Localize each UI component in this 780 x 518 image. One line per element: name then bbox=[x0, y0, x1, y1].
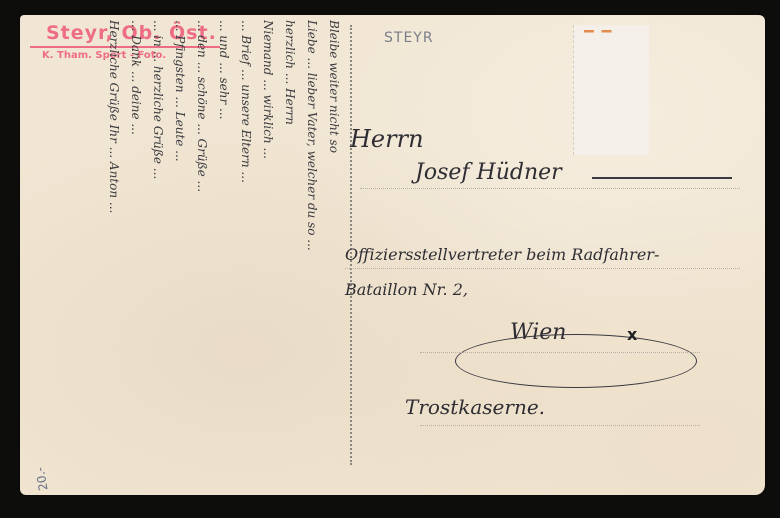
city-flourish bbox=[455, 334, 697, 388]
address-line1: Offiziersstellvertreter beim Radfahrer- bbox=[345, 245, 659, 264]
message-line: ... in ... herzliche Grüße ... bbox=[147, 20, 169, 480]
handwritten-message: Bleibe weiter nicht so Liebe ... lieber … bbox=[25, 20, 345, 480]
message-line: ... und ... sehr ... bbox=[213, 20, 235, 480]
message-line: ... den ... schöne ... Grüße ... bbox=[191, 20, 213, 480]
message-line: ... Pfingsten ... Leute ... bbox=[169, 20, 191, 480]
message-line: Liebe ... lieber Vater, welcher du so ..… bbox=[301, 20, 323, 480]
pencil-note: STEYR bbox=[384, 30, 434, 46]
address-guide-line bbox=[420, 425, 700, 426]
city-mark: x bbox=[627, 325, 637, 344]
message-line: herzlich ... Herrn bbox=[279, 20, 301, 480]
message-line: Herzliche Grüße Ihr ... Anton ... bbox=[103, 20, 125, 480]
message-line: Niemand ... wirklich ... bbox=[257, 20, 279, 480]
address-name: Josef Hüdner bbox=[415, 160, 562, 185]
address-guide-line bbox=[360, 188, 740, 189]
address-street: Trostkaserne. bbox=[405, 395, 545, 419]
address-city: Wien bbox=[510, 320, 566, 345]
address-guide-line bbox=[420, 352, 700, 353]
address-guide-line bbox=[345, 268, 740, 269]
message-line: Bleibe weiter nicht so bbox=[323, 20, 345, 480]
address-line2: Bataillon Nr. 2, bbox=[345, 280, 468, 299]
message-line: ... Dank ... deine ... bbox=[125, 20, 147, 480]
message-line: ... Brief ... unsere Eltern ... bbox=[235, 20, 257, 480]
address-salutation: Herrn bbox=[350, 125, 424, 153]
underline-stroke bbox=[592, 177, 732, 179]
stamp-remnant: ▔▔ bbox=[573, 25, 649, 155]
stamp-fragment-icon: ▔▔ bbox=[584, 30, 619, 49]
